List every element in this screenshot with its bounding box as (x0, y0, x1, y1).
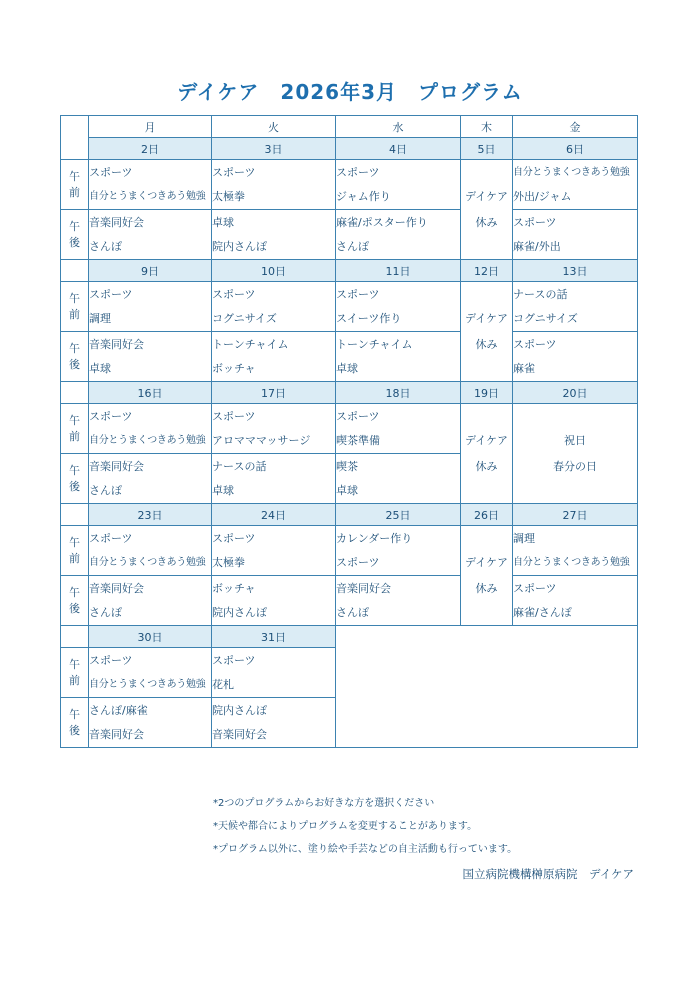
activity-cell: 音楽同好会卓球 (89, 332, 212, 382)
am-row: 午前 スポーツ自分とうまくつきあう勉強 スポーツ太極拳 カレンダー作りスポーツ … (61, 526, 638, 576)
daycare-closed-cell: デイケア休み (461, 160, 513, 260)
am-row: 午前 スポーツ自分とうまくつきあう勉強 スポーツアロマママッサージ スポーツ喫茶… (61, 404, 638, 454)
activity-cell: スポーツ麻雀/さんぽ (513, 576, 638, 626)
activity-cell: 音楽同好会さんぽ (89, 576, 212, 626)
date-row: 2日 3日 4日 5日 6日 (61, 138, 638, 160)
date-cell: 5日 (461, 138, 513, 160)
period-label-pm: 午後 (61, 576, 89, 626)
date-cell: 23日 (89, 504, 212, 526)
activity-cell: 卓球院内さんぽ (212, 210, 336, 260)
period-label-am: 午前 (61, 404, 89, 454)
organization-name: 国立病院機構榊原病院 デイケア (463, 866, 634, 882)
activity-cell: スポーツ太極拳 (212, 526, 336, 576)
note-2: *天候や都合によりプログラムを変更することがあります。 (213, 820, 517, 843)
activity-cell: スポーツ太極拳 (212, 160, 336, 210)
pm-row: 午後 音楽同好会卓球 トーンチャイムボッチャ トーンチャイム卓球 スポーツ麻雀 (61, 332, 638, 382)
daycare-closed-cell: デイケア休み (461, 282, 513, 382)
weekday-fri: 金 (513, 116, 638, 138)
blank-cell (61, 382, 89, 404)
weekday-wed: 水 (336, 116, 461, 138)
date-cell: 31日 (212, 626, 336, 648)
period-label-am: 午前 (61, 160, 89, 210)
activity-cell: ナースの話卓球 (212, 454, 336, 504)
daycare-closed-cell: デイケア休み (461, 526, 513, 626)
date-cell: 3日 (212, 138, 336, 160)
blank-cell (61, 626, 89, 648)
date-cell: 9日 (89, 260, 212, 282)
weekday-mon: 月 (89, 116, 212, 138)
date-cell: 20日 (513, 382, 638, 404)
note-1: *2つのプログラムからお好きな方を選択ください (213, 797, 517, 820)
date-cell: 26日 (461, 504, 513, 526)
corner-cell (61, 116, 89, 160)
date-cell: 10日 (212, 260, 336, 282)
holiday-cell: 祝日春分の日 (513, 404, 638, 504)
activity-cell: スポーツ自分とうまくつきあう勉強 (89, 648, 212, 698)
date-row: 30日 31日 (61, 626, 638, 648)
weekday-tue: 火 (212, 116, 336, 138)
activity-cell: スポーツ自分とうまくつきあう勉強 (89, 404, 212, 454)
period-label-am: 午前 (61, 282, 89, 332)
period-label-am: 午前 (61, 648, 89, 698)
notes: *2つのプログラムからお好きな方を選択ください *天候や都合によりプログラムを変… (213, 797, 517, 866)
activity-cell: スポーツ麻雀/外出 (513, 210, 638, 260)
empty-area (336, 626, 638, 748)
date-cell: 6日 (513, 138, 638, 160)
activity-cell: ボッチャ院内さんぽ (212, 576, 336, 626)
date-cell: 25日 (336, 504, 461, 526)
activity-cell: スポーツ喫茶準備 (336, 404, 461, 454)
activity-cell: 音楽同好会さんぽ (336, 576, 461, 626)
activity-cell: スポーツアロマママッサージ (212, 404, 336, 454)
activity-cell: スポーツ麻雀 (513, 332, 638, 382)
date-cell: 19日 (461, 382, 513, 404)
date-cell: 18日 (336, 382, 461, 404)
date-cell: 30日 (89, 626, 212, 648)
activity-cell: カレンダー作りスポーツ (336, 526, 461, 576)
date-cell: 16日 (89, 382, 212, 404)
activity-cell: スポーツ花札 (212, 648, 336, 698)
date-row: 16日 17日 18日 19日 20日 (61, 382, 638, 404)
date-cell: 17日 (212, 382, 336, 404)
am-row: 午前 スポーツ自分とうまくつきあう勉強 スポーツ太極拳 スポーツジャム作り デイ… (61, 160, 638, 210)
activity-cell: トーンチャイムボッチャ (212, 332, 336, 382)
date-cell: 27日 (513, 504, 638, 526)
blank-cell (61, 260, 89, 282)
date-cell: 13日 (513, 260, 638, 282)
pm-row: 午後 音楽同好会さんぽ ボッチャ院内さんぽ 音楽同好会さんぽ スポーツ麻雀/さん… (61, 576, 638, 626)
date-row: 23日 24日 25日 26日 27日 (61, 504, 638, 526)
activity-cell: ナースの話コグニサイズ (513, 282, 638, 332)
note-3: *プログラム以外に、塗り絵や手芸などの自主活動も行っています。 (213, 843, 517, 866)
am-row: 午前 スポーツ調理 スポーツコグニサイズ スポーツスイーツ作り デイケア休み ナ… (61, 282, 638, 332)
period-label-pm: 午後 (61, 454, 89, 504)
period-label-pm: 午後 (61, 332, 89, 382)
activity-cell: スポーツジャム作り (336, 160, 461, 210)
date-cell: 2日 (89, 138, 212, 160)
activity-cell: スポーツ調理 (89, 282, 212, 332)
activity-cell: 院内さんぽ音楽同好会 (212, 698, 336, 748)
date-cell: 4日 (336, 138, 461, 160)
weekday-thu: 木 (461, 116, 513, 138)
page-title: デイケア 2026年3月 プログラム (0, 76, 700, 105)
activity-cell: スポーツ自分とうまくつきあう勉強 (89, 526, 212, 576)
activity-cell: 音楽同好会さんぽ (89, 210, 212, 260)
date-cell: 12日 (461, 260, 513, 282)
period-label-pm: 午後 (61, 210, 89, 260)
activity-cell: 喫茶卓球 (336, 454, 461, 504)
period-label-pm: 午後 (61, 698, 89, 748)
activity-cell: スポーツスイーツ作り (336, 282, 461, 332)
activity-cell: 音楽同好会さんぽ (89, 454, 212, 504)
date-cell: 24日 (212, 504, 336, 526)
activity-cell: 自分とうまくつきあう勉強外出/ジャム (513, 160, 638, 210)
date-cell: 11日 (336, 260, 461, 282)
weekday-header-row: 月 火 水 木 金 (61, 116, 638, 138)
program-calendar: 月 火 水 木 金 2日 3日 4日 5日 6日 午前 スポーツ自分とうまくつき… (60, 115, 638, 748)
pm-row: 午後 音楽同好会さんぽ 卓球院内さんぽ 麻雀/ポスター作りさんぽ スポーツ麻雀/… (61, 210, 638, 260)
period-label-am: 午前 (61, 526, 89, 576)
date-row: 9日 10日 11日 12日 13日 (61, 260, 638, 282)
activity-cell: 調理自分とうまくつきあう勉強 (513, 526, 638, 576)
activity-cell: トーンチャイム卓球 (336, 332, 461, 382)
activity-cell: スポーツコグニサイズ (212, 282, 336, 332)
blank-cell (61, 504, 89, 526)
activity-cell: さんぽ/麻雀音楽同好会 (89, 698, 212, 748)
daycare-closed-cell: デイケア休み (461, 404, 513, 504)
activity-cell: スポーツ自分とうまくつきあう勉強 (89, 160, 212, 210)
activity-cell: 麻雀/ポスター作りさんぽ (336, 210, 461, 260)
